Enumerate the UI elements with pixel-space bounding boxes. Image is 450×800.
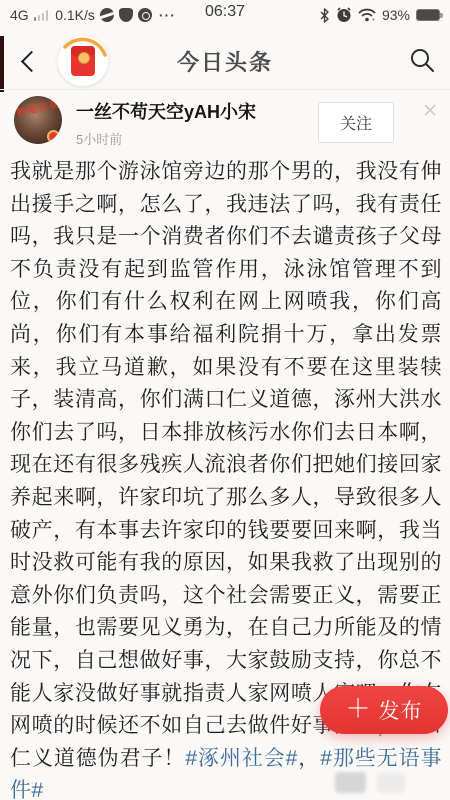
- header-divider: [0, 89, 450, 90]
- lantern-ornament-icon: [47, 130, 60, 143]
- blurred-artifact: [335, 772, 366, 793]
- battery-icon: [416, 9, 440, 21]
- publish-fab-button[interactable]: ＋ 发布: [320, 686, 448, 734]
- search-icon: [408, 46, 436, 74]
- clock-time-label: 06:37: [205, 3, 245, 21]
- reader-notification-icon: [138, 8, 152, 22]
- alarm-clock-icon: [336, 7, 352, 23]
- search-button[interactable]: [408, 46, 436, 74]
- blurred-artifact: [377, 773, 405, 793]
- more-notifications-icon: ···: [159, 7, 176, 23]
- bluetooth-icon: [319, 8, 330, 23]
- battery-percent-label: 93%: [382, 7, 410, 23]
- security-notification-icon: [119, 8, 133, 22]
- follow-button[interactable]: 关注: [318, 102, 394, 143]
- network-type-label: 4G: [10, 7, 29, 23]
- network-speed-label: 0.1K/s: [55, 7, 95, 23]
- phone-screen: 4G 0.1K/s ··· 06:37 93%: [0, 0, 450, 800]
- signal-bars-icon: [34, 10, 49, 21]
- avatar-caption-text: 妙笔生花: [15, 96, 62, 120]
- hashtag-link-zhuozhou[interactable]: #涿州社会#: [185, 747, 297, 770]
- status-left-group: 4G 0.1K/s ···: [10, 7, 176, 23]
- close-icon[interactable]: ✕: [422, 102, 438, 121]
- plus-icon: ＋: [345, 697, 370, 722]
- post-timestamp: 5小时前: [76, 129, 256, 148]
- post-author-row: 妙笔生花 一丝不苟天空yAH小宋 5小时前 关注 ✕: [0, 94, 450, 152]
- post-text: 我就是那个游泳馆旁边的那个男的，我没有伸出援手之啊，怎么了，我违法了吗，我有责任…: [10, 160, 442, 770]
- publish-label: 发布: [379, 695, 423, 725]
- wifi-icon: [358, 8, 376, 22]
- app-title: 今日头条: [0, 46, 450, 77]
- status-bar: 4G 0.1K/s ··· 06:37 93%: [0, 0, 450, 28]
- author-meta: 一丝不苟天空yAH小宋 5小时前: [76, 98, 256, 148]
- browser-notification-icon: [100, 8, 114, 22]
- app-header: 今日头条: [0, 28, 450, 90]
- author-name[interactable]: 一丝不苟天空yAH小宋: [76, 98, 256, 124]
- avatar[interactable]: 妙笔生花: [14, 96, 62, 144]
- hashtag-separator: ，: [298, 747, 320, 770]
- status-right-group: 93%: [319, 7, 440, 23]
